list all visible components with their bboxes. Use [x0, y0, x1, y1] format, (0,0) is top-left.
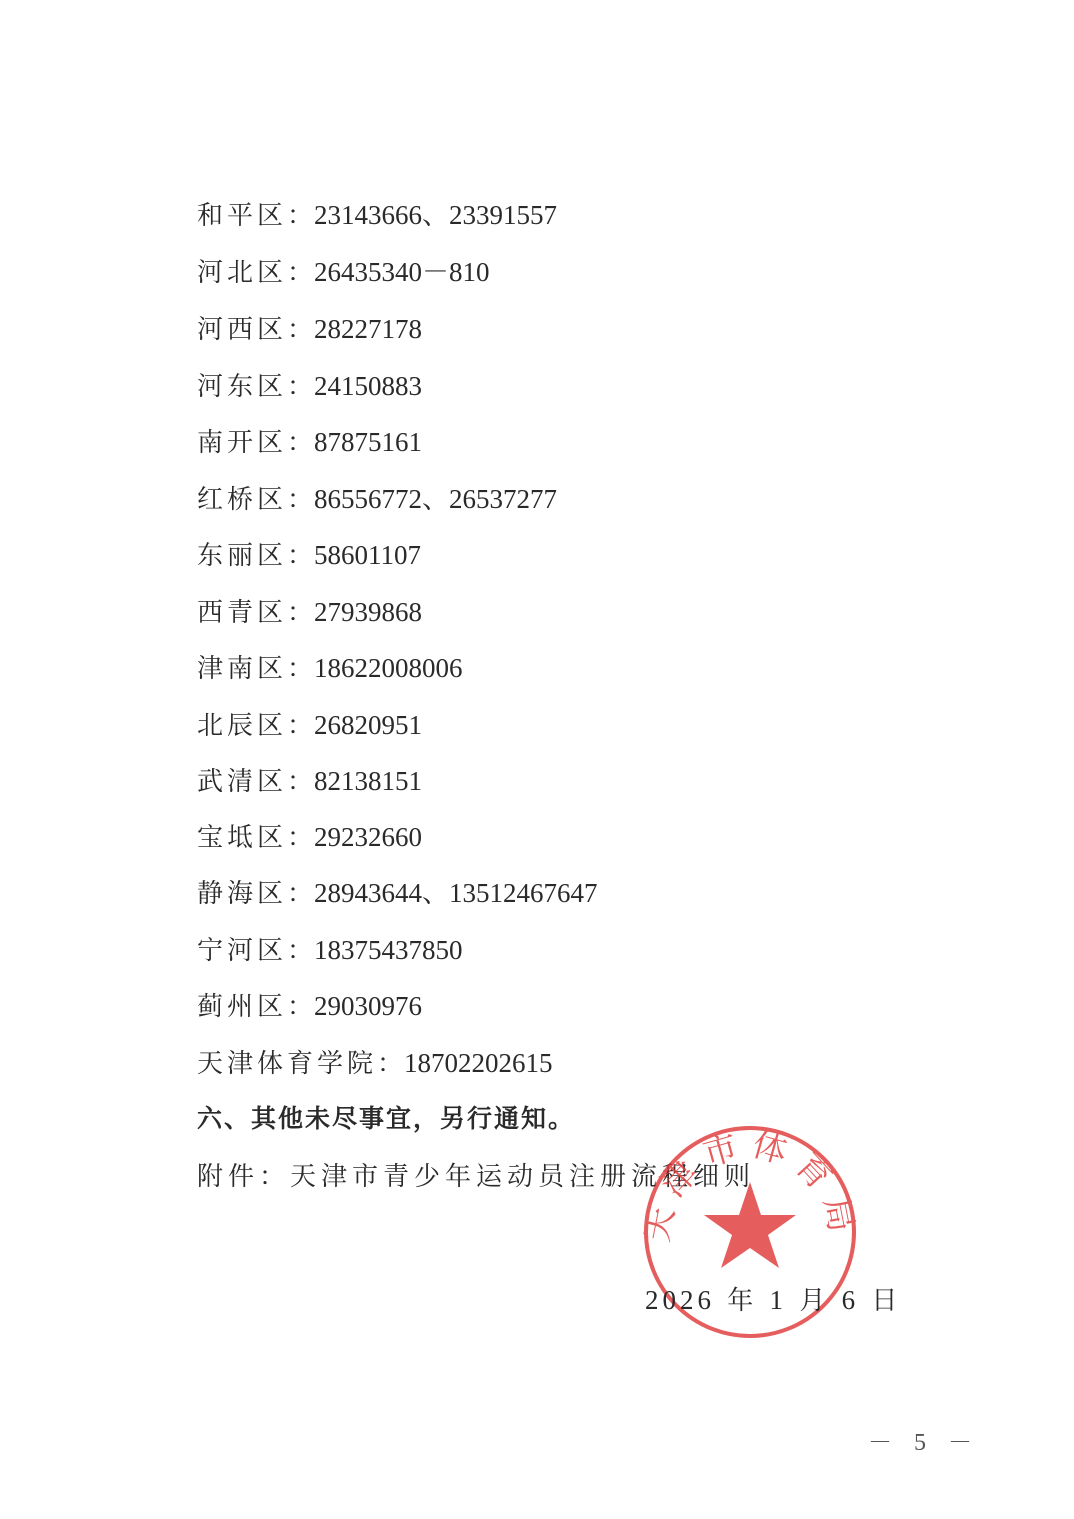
date-month: 1 [770, 1285, 788, 1315]
phone-number: 58601107 [314, 540, 421, 570]
phone-number: 18622008006 [314, 653, 463, 683]
contact-line: 天津体育学院：18702202615 [197, 1047, 553, 1080]
district-name: 宁河区 [197, 936, 287, 966]
colon: ： [287, 541, 314, 571]
date-year: 2026 [645, 1285, 715, 1315]
contact-line: 蓟州区：29030976 [197, 990, 422, 1023]
district-name: 武清区 [197, 767, 287, 797]
phone-number: 82138151 [314, 766, 422, 796]
contact-line: 武清区：82138151 [197, 765, 422, 798]
phone-number: 27939868 [314, 597, 422, 627]
date-day-label: 日 [871, 1286, 901, 1316]
contact-line: 宁河区：18375437850 [197, 934, 463, 967]
district-name: 红桥区 [197, 485, 287, 515]
colon: ： [287, 485, 314, 515]
contact-line: 东丽区：58601107 [197, 539, 421, 572]
issue-date: 2026 年 1 月 6 日 [645, 1284, 901, 1317]
phone-number: 29232660 [314, 822, 422, 852]
attachment-line: 附件：天津市青少年运动员注册流程细则 [197, 1161, 755, 1193]
district-name: 蓟州区 [197, 992, 287, 1022]
contact-line: 静海区：28943644、13512467647 [197, 877, 598, 910]
district-name: 静海区 [197, 879, 287, 909]
date-day: 6 [842, 1285, 860, 1315]
colon: ： [287, 823, 314, 853]
colon: ： [287, 936, 314, 966]
phone-number: 23143666、23391557 [314, 200, 557, 230]
phone-number: 18702202615 [404, 1048, 553, 1078]
colon: ： [287, 711, 314, 741]
colon: ： [287, 654, 314, 684]
colon: ： [287, 598, 314, 628]
page-number: － 5 － [868, 1422, 980, 1457]
colon: ： [287, 258, 314, 288]
district-name: 和平区 [197, 201, 287, 231]
contact-line: 北辰区：26820951 [197, 709, 422, 742]
contact-line: 河北区：26435340－810 [197, 256, 490, 289]
contact-line: 河东区：24150883 [197, 370, 422, 403]
colon: ： [287, 315, 314, 345]
document-page: 和平区：23143666、23391557 河北区：26435340－810 河… [0, 0, 1074, 1519]
contact-line: 和平区：23143666、23391557 [197, 199, 557, 232]
district-name: 宝坻区 [197, 823, 287, 853]
contact-line: 南开区：87875161 [197, 426, 422, 459]
district-name: 北辰区 [197, 711, 287, 741]
date-year-label: 年 [727, 1286, 757, 1316]
colon: ： [287, 428, 314, 458]
phone-number: 86556772、26537277 [314, 484, 557, 514]
district-name: 东丽区 [197, 541, 287, 571]
phone-number: 18375437850 [314, 935, 463, 965]
contact-line: 津南区：18622008006 [197, 652, 463, 685]
phone-number: 24150883 [314, 371, 422, 401]
district-name: 河西区 [197, 315, 287, 345]
colon: ： [287, 372, 314, 402]
colon: ： [377, 1049, 404, 1079]
phone-number: 26820951 [314, 710, 422, 740]
colon: ： [287, 992, 314, 1022]
district-name: 南开区 [197, 428, 287, 458]
colon: ： [287, 767, 314, 797]
district-name: 河东区 [197, 372, 287, 402]
phone-number: 28227178 [314, 314, 422, 344]
district-name: 津南区 [197, 654, 287, 684]
phone-number: 87875161 [314, 427, 422, 457]
contact-line: 西青区：27939868 [197, 596, 422, 629]
phone-number: 28943644、13512467647 [314, 878, 598, 908]
contact-line: 河西区：28227178 [197, 313, 422, 346]
district-name: 天津体育学院 [197, 1049, 377, 1079]
star-icon [704, 1182, 796, 1268]
section-six-heading: 六、其他未尽事宜，另行通知。 [197, 1103, 575, 1135]
colon: ： [287, 201, 314, 231]
contact-line: 宝坻区：29232660 [197, 821, 422, 854]
phone-number: 26435340－810 [314, 257, 490, 287]
district-name: 西青区 [197, 598, 287, 628]
district-name: 河北区 [197, 258, 287, 288]
colon: ： [287, 879, 314, 909]
contact-line: 红桥区：86556772、26537277 [197, 483, 557, 516]
phone-number: 29030976 [314, 991, 422, 1021]
date-month-label: 月 [799, 1286, 829, 1316]
